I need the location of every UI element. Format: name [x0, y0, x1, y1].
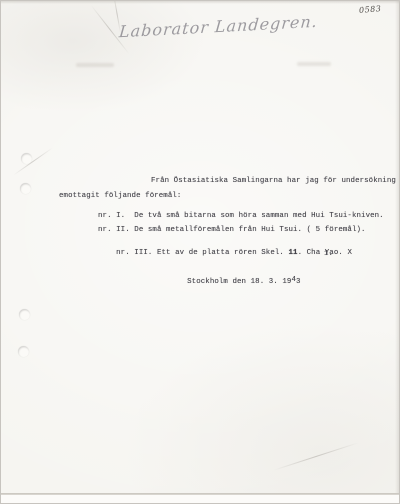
- handwritten-note: Laborator Landegren.: [118, 12, 319, 42]
- intro-line-2: emottagit följande föremål:: [59, 192, 181, 201]
- paper-below-edge: [1, 495, 399, 504]
- punch-hole: [18, 346, 29, 357]
- smudge: [76, 63, 114, 67]
- list-item-1: nr. I. De två små bitarna som höra samma…: [98, 212, 384, 221]
- list-item-3-overtyped-number: 11: [288, 249, 297, 257]
- list-item-3: nr. III. Ett av de platta rören Skel. 11…: [98, 240, 352, 267]
- dateline-text: Stockholm den 18. 3. 19: [187, 278, 291, 286]
- archive-number: 0583: [358, 4, 381, 15]
- crease: [13, 147, 53, 175]
- dateline-raised-digit: 4: [291, 276, 296, 284]
- paper-right-shade: [395, 1, 399, 503]
- punch-hole: [19, 309, 30, 320]
- paper-top-shade: [1, 1, 399, 4]
- list-item-2: nr. II. De små metallföremålen från Hui …: [98, 226, 366, 235]
- crease: [273, 442, 359, 471]
- dateline: Stockholm den 18. 3. 1943: [169, 269, 301, 296]
- dateline-last-digit: 3: [296, 278, 301, 286]
- intro-line-1: Från Östasiatiska Samlingarna har jag fö…: [151, 177, 396, 186]
- list-item-3-sub-number: 1.: [324, 250, 333, 259]
- scanned-letter-page: 0583 Laborator Landegren. Från Östasiati…: [0, 0, 400, 504]
- punch-hole: [20, 183, 31, 194]
- smudge: [297, 62, 331, 66]
- punch-hole: [21, 153, 32, 164]
- list-item-3-text: nr. III. Ett av de platta rören Skel.: [116, 249, 288, 257]
